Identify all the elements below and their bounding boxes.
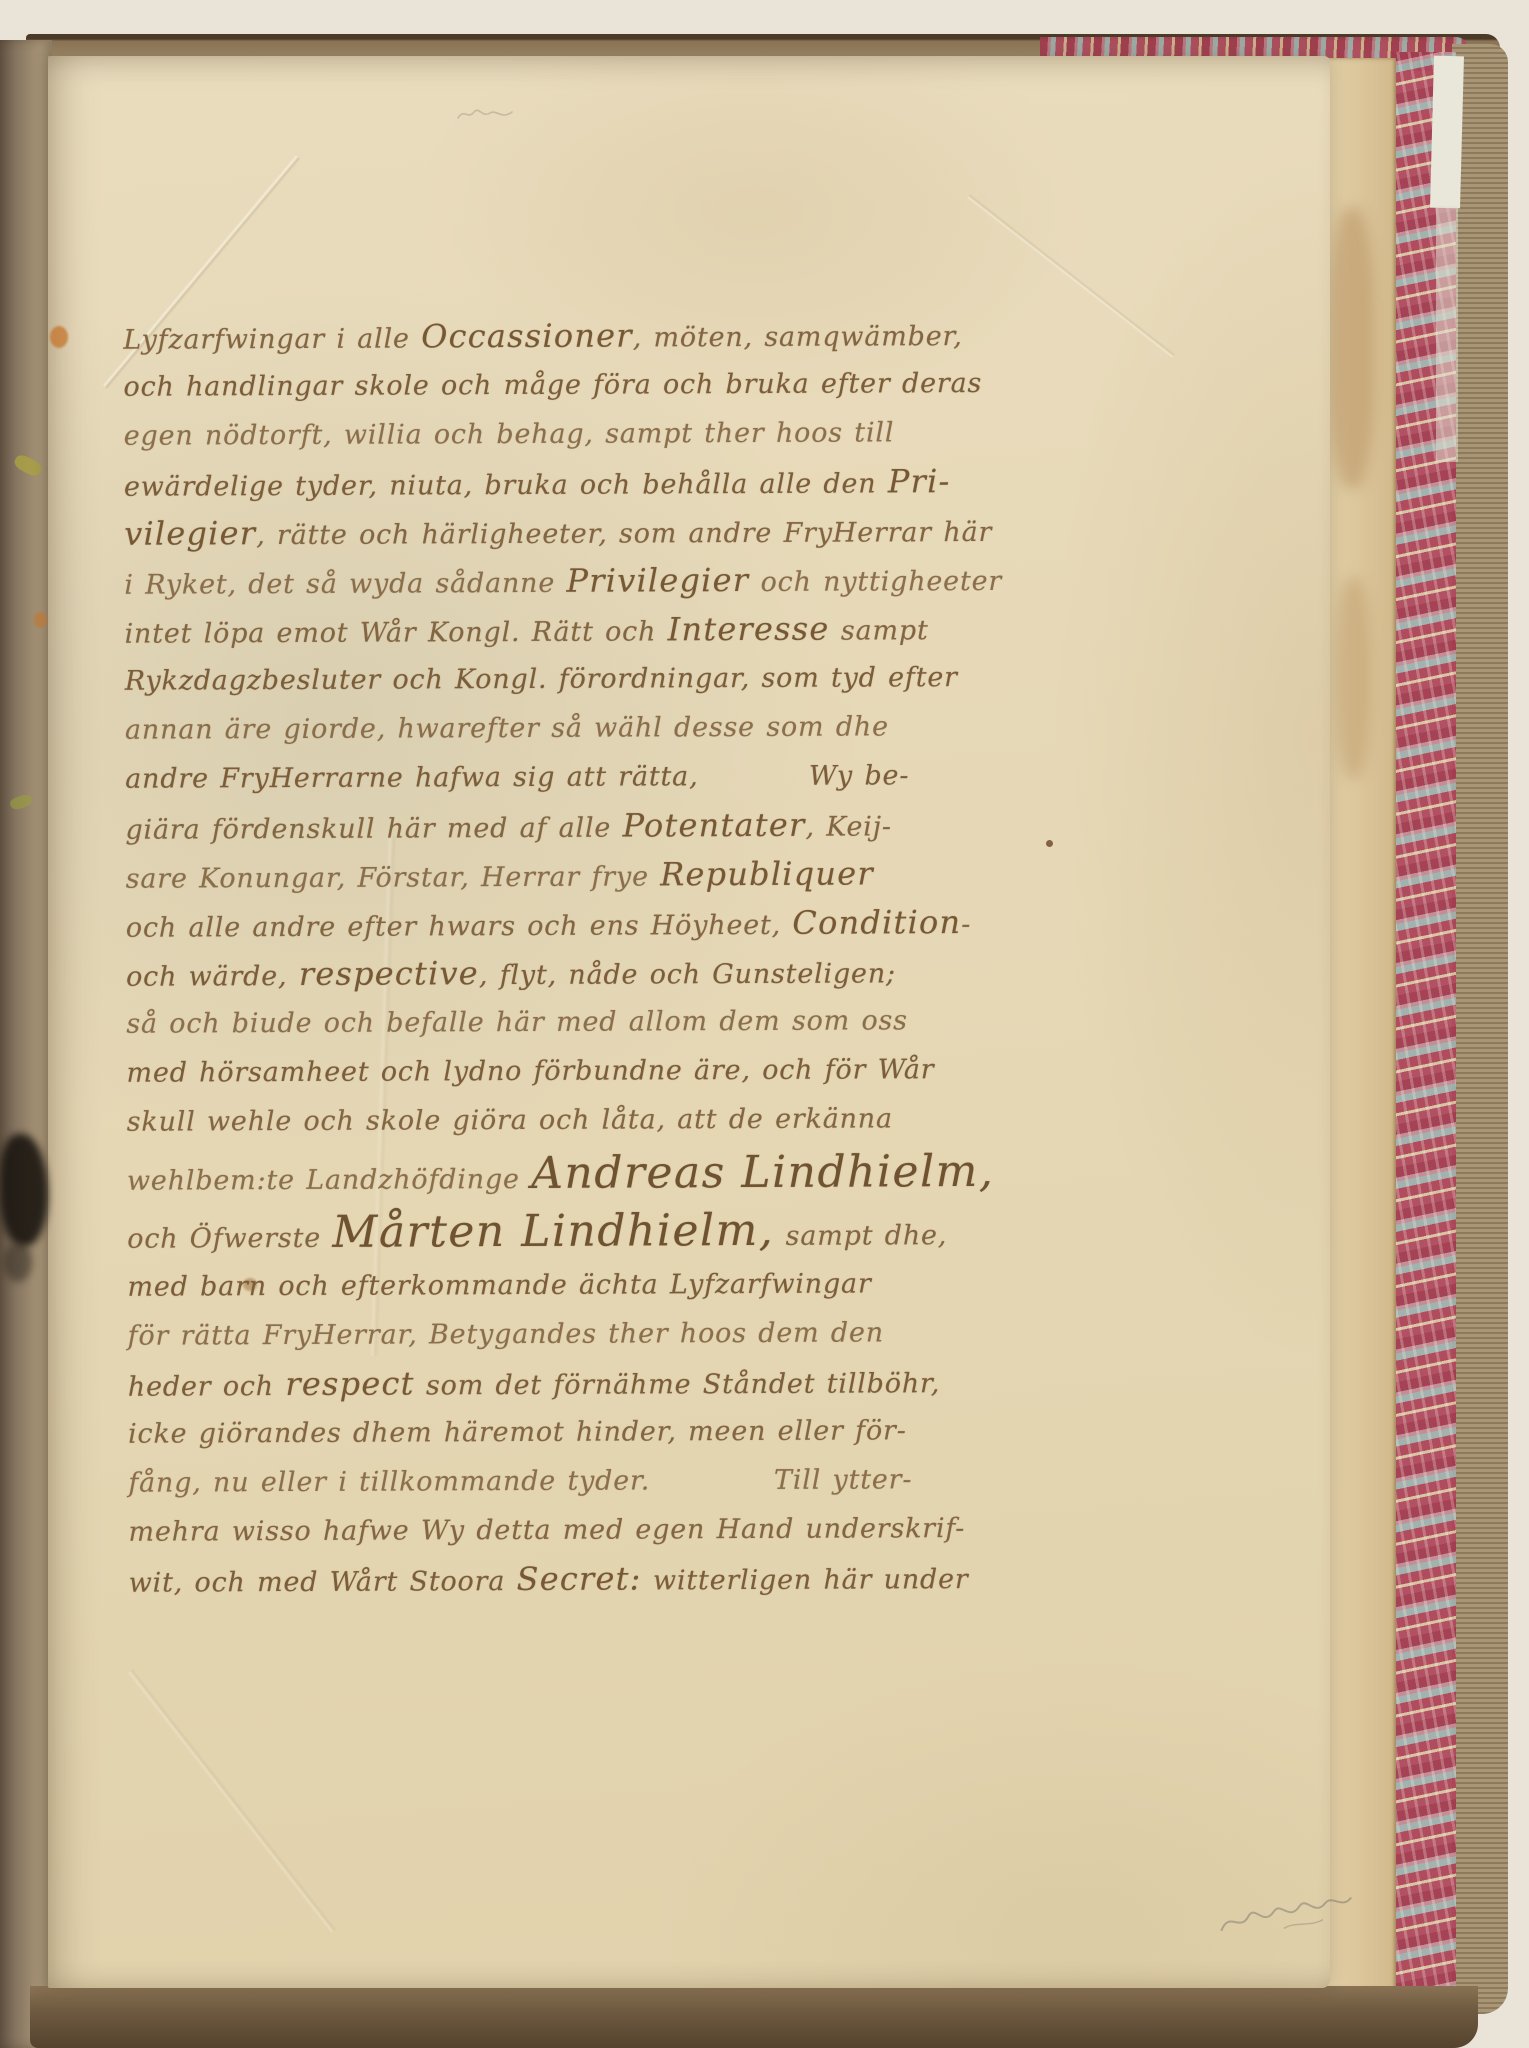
manuscript-text-segment: Pri-: [888, 462, 951, 500]
manuscript-line: fång, nu eller i tillkommande tyder.Till…: [128, 1455, 912, 1507]
manuscript-text-segment: sare Konungar, Förstar, Herrar frye: [126, 861, 661, 894]
manuscript-text-segment: Lyfzarfwingar i alle: [123, 323, 421, 355]
manuscript-line: sare Konungar, Förstar, Herrar frye Repu…: [126, 849, 910, 901]
rust-stain: [34, 612, 47, 628]
manuscript-line: intet löpa emot Wår Kongl. Rätt och Inte…: [124, 604, 908, 656]
book-cover-right-edge: [1452, 44, 1508, 2014]
manuscript-text-segment: Secret:: [516, 1559, 641, 1598]
manuscript-text-segment: sampt dhe,: [774, 1220, 947, 1252]
manuscript-line: för rätta FryHerrar, Betygandes ther hoo…: [128, 1308, 912, 1360]
manuscript-text-segment: ewärdelige tyder, niuta, bruka och behål…: [124, 468, 888, 502]
cover-board-texture: [1452, 44, 1508, 2014]
manuscript-text-segment: sampt: [829, 615, 928, 646]
manuscript-line: och Öfwerste Mårten Lindhielm, sampt dhe…: [127, 1201, 911, 1262]
pencil-mark-top: [452, 98, 522, 128]
manuscript-text-segment: som det förnähme Ståndet tillböhr,: [415, 1368, 941, 1401]
manuscript-text-segment: Wy be-: [809, 751, 909, 800]
manuscript-text-segment: och nyttigheeter: [749, 566, 1002, 598]
manuscript-text-segment: Mårten Lindhielm,: [332, 1205, 774, 1258]
manuscript-text-segment: och Öfwerste: [127, 1223, 332, 1255]
manuscript-text-segment: och handlingar skole och måge föra och b…: [123, 368, 982, 403]
manuscript-text-segment: Andreas Lindhielm,: [531, 1146, 994, 1199]
manuscript-text-segment: och wärde,: [126, 961, 299, 993]
manuscript-text-segment: respective: [299, 954, 479, 993]
manuscript-text-segment: Republiquer: [660, 854, 874, 893]
torn-paper-strip: [1430, 56, 1464, 209]
manuscript-line: med barn och efterkommande ächta Lyfzarf…: [127, 1259, 911, 1311]
fold-stain: [1336, 578, 1370, 778]
manuscript-line: så och biude och befalle här med allom d…: [126, 996, 910, 1048]
manuscript-line: och wärde, respective, flyt, nåde och Gu…: [126, 947, 910, 999]
manuscript-line: ewärdelige tyder, niuta, bruka och behål…: [124, 457, 908, 509]
fold-stain: [1330, 208, 1374, 488]
manuscript-line: wehlbem:te Landzhöfdinge Andreas Lindhie…: [127, 1143, 911, 1204]
rust-stain: [50, 326, 68, 348]
manuscript-text-segment: Potentater: [622, 806, 805, 845]
manuscript-text-segment: giära fördenskull här med af alle: [125, 813, 622, 846]
manuscript-text-segment: så och biude och befalle här med allom d…: [126, 1005, 908, 1039]
manuscript-line: vilegier, rätte och härligheeter, som an…: [124, 506, 908, 558]
manuscript-line: Lyfzarfwingar i alle Occassioner, möten,…: [123, 310, 907, 362]
manuscript-text-segment: wit, och med Wårt Stoora: [129, 1566, 517, 1599]
binding-thread-stitch: [12, 452, 44, 478]
manuscript-line: mehra wisso hafwe Wy detta med egen Hand…: [128, 1504, 912, 1556]
manuscript-text-segment: intet löpa emot Wår Kongl. Rätt och: [125, 616, 668, 649]
manuscript-text-segment: i Ryket, det så wyda sådanne: [124, 568, 566, 601]
manuscript-text-segment: Condition: [792, 903, 961, 942]
manuscript-text-segment: , Keij-: [805, 811, 891, 842]
manuscript-line: heder och respect som det förnähme Stånd…: [128, 1357, 912, 1409]
manuscript-text-segment: annan äre giorde, hwarefter så wähl dess…: [125, 711, 889, 745]
manuscript-text-segment: icke giörandes dhem häremot hinder, meen…: [128, 1415, 907, 1449]
manuscript-text-segment: Rykzdagzbesluter och Kongl. förordningar…: [125, 662, 958, 697]
ink-smudge: [4, 1242, 32, 1282]
manuscript-line: icke giörandes dhem häremot hinder, meen…: [128, 1406, 912, 1458]
manuscript-text-segment: mehra wisso hafwe Wy detta med egen Hand…: [128, 1513, 965, 1548]
manuscript-line: och handlingar skole och måge föra och b…: [123, 359, 907, 411]
manuscript-text-segment: och alle andre efter hwars och ens Höyhe…: [126, 910, 793, 944]
page-crease: [967, 194, 1176, 359]
manuscript-line: andre FryHerrarne hafwa sig att rätta,Wy…: [125, 751, 909, 803]
torn-paper-strip: [1436, 206, 1458, 462]
manuscript-text-segment: wehlbem:te Landzhöfdinge: [127, 1164, 531, 1197]
manuscript-text-segment: med hörsamheet och lydno förbundne äre, …: [126, 1054, 934, 1089]
manuscript-text-segment: heder och: [128, 1371, 286, 1403]
manuscript-line: med hörsamheet och lydno förbundne äre, …: [126, 1045, 910, 1097]
manuscript-line: i Ryket, det så wyda sådanne Privilegier…: [124, 555, 908, 607]
manuscript-line: egen nödtorft, willia och behag, sampt t…: [124, 408, 908, 460]
manuscript-text-segment: Privilegier: [566, 561, 749, 600]
manuscript-text-segment: andre FryHerrarne hafwa sig att rätta,: [125, 752, 698, 804]
manuscript-line: wit, och med Wårt Stoora Secret: witterl…: [129, 1553, 913, 1605]
manuscript-text-block: Lyfzarfwingar i alle Occassioner, möten,…: [123, 310, 913, 1605]
manuscript-text-segment: för rätta FryHerrar, Betygandes ther hoo…: [128, 1317, 884, 1351]
manuscript-text-segment: fång, nu eller i tillkommande tyder.: [128, 1456, 650, 1507]
manuscript-text-segment: Interesse: [668, 610, 830, 649]
manuscript-text-segment: skull wehle och skole giöra och låta, at…: [127, 1103, 893, 1137]
manuscript-text-segment: -: [961, 909, 971, 940]
manuscript-text-segment: witterligen här under: [642, 1564, 969, 1596]
manuscript-text-segment: , möten, samqwämber,: [633, 321, 963, 353]
page-crease: [127, 1669, 336, 1934]
manuscript-text-segment: egen nödtorft, willia och behag, sampt t…: [124, 417, 895, 451]
manuscript-line: giära fördenskull här med af alle Potent…: [125, 800, 909, 852]
manuscript-text-segment: , rätte och härligheeter, som andre FryH…: [256, 517, 992, 551]
manuscript-text-segment: respect: [285, 1364, 414, 1403]
manuscript-line: skull wehle och skole giöra och låta, at…: [127, 1094, 911, 1146]
manuscript-text-segment: Till ytter-: [774, 1455, 912, 1505]
manuscript-line: annan äre giorde, hwarefter så wähl dess…: [125, 702, 909, 754]
page-fold-edge: [1322, 58, 1396, 1990]
binding-thread-stitch: [9, 793, 34, 811]
manuscript-text-segment: vilegier: [124, 514, 256, 553]
manuscript-text-segment: , flyt, nåde och Gunsteligen;: [479, 958, 896, 991]
book-spine-left-edge: [0, 40, 52, 2048]
ink-fleck: [1046, 840, 1053, 847]
manuscript-text-segment: med barn och efterkommande ächta Lyfzarf…: [127, 1268, 871, 1302]
manuscript-line: Rykzdagzbesluter och Kongl. förordningar…: [125, 653, 909, 705]
manuscript-text-segment: Occassioner: [421, 316, 633, 355]
manuscript-scan: Lyfzarfwingar i alle Occassioner, möten,…: [0, 0, 1529, 2048]
manuscript-line: och alle andre efter hwars och ens Höyhe…: [126, 898, 910, 950]
book-cover-bottom-edge: [30, 1986, 1478, 2048]
